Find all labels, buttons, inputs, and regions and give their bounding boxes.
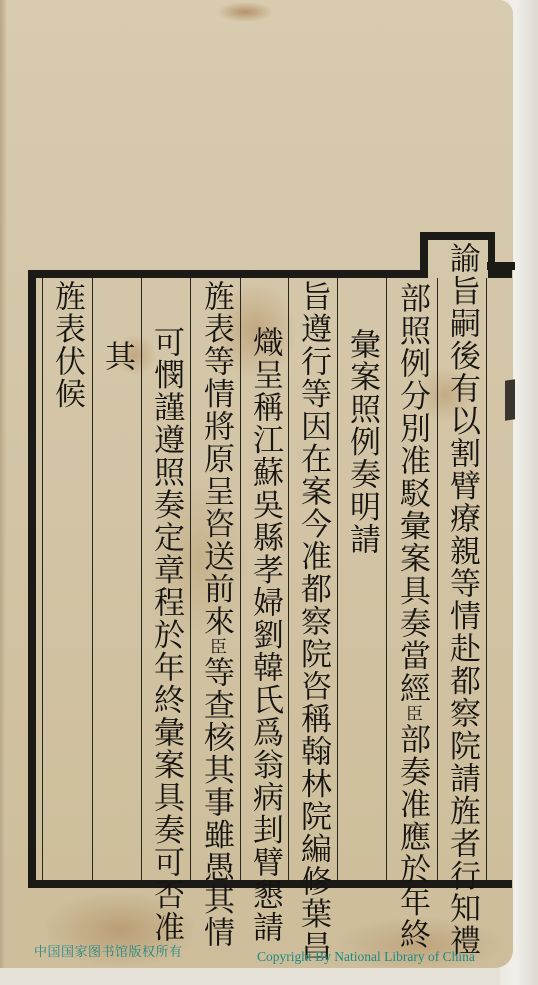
column-rule bbox=[141, 278, 142, 880]
text-column-5: 熾呈稱江蘇吳縣孝婦劉韓氏爲翁病刲臂懇請 bbox=[245, 326, 285, 944]
column-6-text-before: 旌表等情將原呈咨送前來 bbox=[198, 280, 234, 638]
text-column-3: 彙案照例奏明請 bbox=[342, 328, 382, 556]
column-2-minister-small: 臣 bbox=[402, 705, 422, 724]
column-6-text-after: 等查核其事雖愚其情 bbox=[198, 656, 234, 949]
column-rule bbox=[240, 278, 241, 880]
raised-frame-tail bbox=[487, 262, 515, 270]
watermark-english: Copyright By National Library of China bbox=[257, 949, 475, 965]
column-rule bbox=[288, 278, 289, 880]
torn-edge-mark bbox=[505, 379, 515, 420]
text-column-4: 旨遵行等因在案今准都察院咨稱翰林院編修葉昌 bbox=[293, 280, 333, 963]
column-rule bbox=[337, 278, 338, 880]
column-rule bbox=[486, 278, 487, 880]
column-6-minister-small: 臣 bbox=[206, 638, 226, 657]
column-rule bbox=[190, 278, 191, 880]
column-rule bbox=[437, 278, 438, 880]
text-column-9: 旌表伏候 bbox=[47, 280, 87, 410]
text-column-7: 可憫謹遵照奏定章程於年終彙案具奏可否准 bbox=[146, 326, 186, 944]
text-column-6: 旌表等情將原呈咨送前來臣等查核其事雖愚其情 bbox=[196, 280, 236, 949]
text-column-2: 部照例分別准駁彙案具奏當經臣部奏准應於年終 bbox=[392, 282, 432, 951]
text-column-1: 諭旨嗣後有以割臂療親等情赴都察院請旌者行知禮 bbox=[442, 242, 482, 957]
page-spine bbox=[0, 0, 6, 968]
column-2-text-after: 部奏准應於年終 bbox=[394, 723, 430, 951]
watermark-chinese: 中国国家图书馆版权所有 bbox=[34, 941, 183, 960]
column-rule bbox=[386, 278, 387, 880]
text-column-8: 其 bbox=[97, 340, 137, 373]
column-2-text-before: 部照例分別准駁彙案具奏當經 bbox=[394, 282, 430, 705]
column-rule bbox=[92, 278, 93, 880]
column-rule bbox=[42, 278, 43, 880]
